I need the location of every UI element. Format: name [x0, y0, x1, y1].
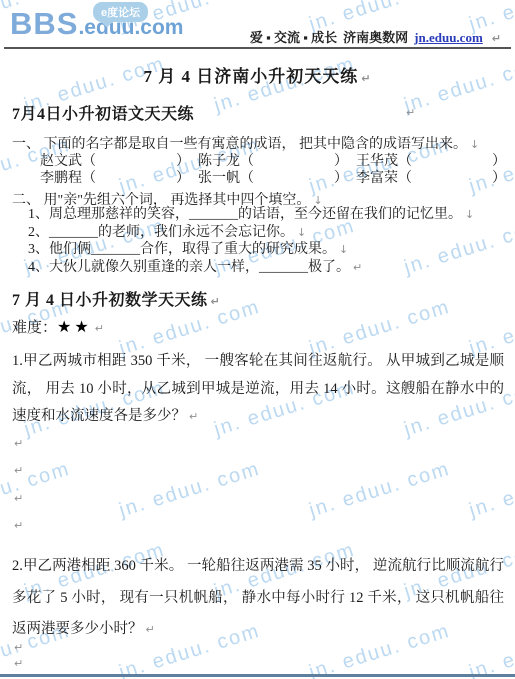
- slogan-text: 爱 ▪ 交流 ▪ 成长: [250, 27, 337, 46]
- site-name: 济南奥数网: [343, 27, 408, 46]
- difficulty-stars: ★★: [57, 319, 92, 336]
- header-slogan-row: 爱 ▪ 交流 ▪ 成长 济南奥数网 jn.eduu.com ↵: [250, 27, 501, 46]
- fill-blank-item: 2、_______的老师，我们永远不会忘记你。↓: [28, 224, 505, 242]
- paragraph-mark: ↵: [211, 295, 221, 308]
- close-paren: ）: [176, 167, 190, 187]
- name-with-paren: 张一帆（: [198, 167, 254, 187]
- page: jn. eduu. comjn. eduu. comjn. eduu. comj…: [0, 0, 515, 679]
- fill-blank-item: 4、大伙儿就像久别重逢的亲人一样，_______极了。↵: [28, 259, 505, 277]
- fill-blank-item: 3、他们俩_______合作，取得了重大的研究成果。↓: [28, 241, 505, 259]
- paragraph-mark: ↵: [189, 410, 198, 423]
- line-break-mark: ↓: [297, 226, 306, 239]
- difficulty-label: 难度：: [12, 320, 57, 336]
- bottom-border: [0, 674, 515, 677]
- empty-paragraph-mark: ↵: [14, 519, 23, 532]
- paragraph-mark: ↵: [406, 106, 415, 119]
- chinese-q2-items: 1、周总理那慈祥的笑容，_______的话语，至今还留在我们的记忆里。↓ 2、_…: [28, 206, 505, 276]
- empty-paragraph-mark: ↵: [14, 657, 23, 670]
- site-link[interactable]: jn.eduu.com: [414, 30, 483, 46]
- math-question-2: 2.甲乙两港相距 360 千米。 一轮船往返两港需 35 小时， 逆流航行比顺流…: [12, 551, 504, 646]
- document-content: BBS.eduu.com e度论坛 爱 ▪ 交流 ▪ 成长 济南奥数网 jn.e…: [0, 0, 515, 679]
- difficulty-line: 难度：★★↵: [12, 316, 104, 337]
- empty-paragraph-mark: ↵: [14, 492, 23, 505]
- math-question-1: 1.甲乙两城市相距 350 千米， 一艘客轮在其间往返航行。 从甲城到乙城是顺流…: [12, 348, 504, 431]
- paragraph-mark: ↵: [361, 72, 371, 85]
- fill-blank-item: 1、周总理那慈祥的笑容，_______的话语，至今还留在我们的记忆里。↓: [28, 206, 505, 224]
- name-blank-cell: 张一帆（）: [198, 167, 348, 187]
- close-paren: ）: [334, 167, 348, 187]
- name-with-paren: 李富荣（: [356, 167, 412, 187]
- paragraph-mark: ↵: [492, 32, 501, 45]
- header-divider: [4, 47, 511, 49]
- line-break-mark: ↓: [465, 208, 474, 221]
- name-with-paren: 李鹏程（: [40, 167, 96, 187]
- paragraph-mark: ↵: [146, 623, 155, 636]
- chinese-section-heading: 7月4日小升初语文天天练: [12, 101, 194, 124]
- name-blank-cell: 李富荣（）: [356, 167, 506, 187]
- empty-paragraph-mark: ↵: [14, 641, 23, 654]
- page-title: 7 月 4 日济南小升初天天练↵: [0, 62, 515, 87]
- empty-paragraph-mark: ↵: [14, 437, 23, 450]
- paragraph-mark: ↵: [353, 261, 362, 274]
- badge-label: e度论坛: [101, 7, 140, 19]
- paragraph-mark: ↵: [95, 322, 104, 335]
- fill-in-names-row: 李鹏程（）张一帆（）李富荣（）↵: [40, 167, 515, 187]
- eduu-forum-badge[interactable]: e度论坛: [93, 2, 148, 22]
- close-paren: ）: [492, 167, 506, 187]
- name-blank-cell: 李鹏程（）: [40, 167, 190, 187]
- logo-bbs-text: BBS: [10, 6, 78, 42]
- empty-paragraph-mark: ↵: [14, 464, 23, 477]
- math-section-heading: 7 月 4 日小升初数学天天练↵: [12, 287, 220, 310]
- line-break-mark: ↓: [339, 243, 348, 256]
